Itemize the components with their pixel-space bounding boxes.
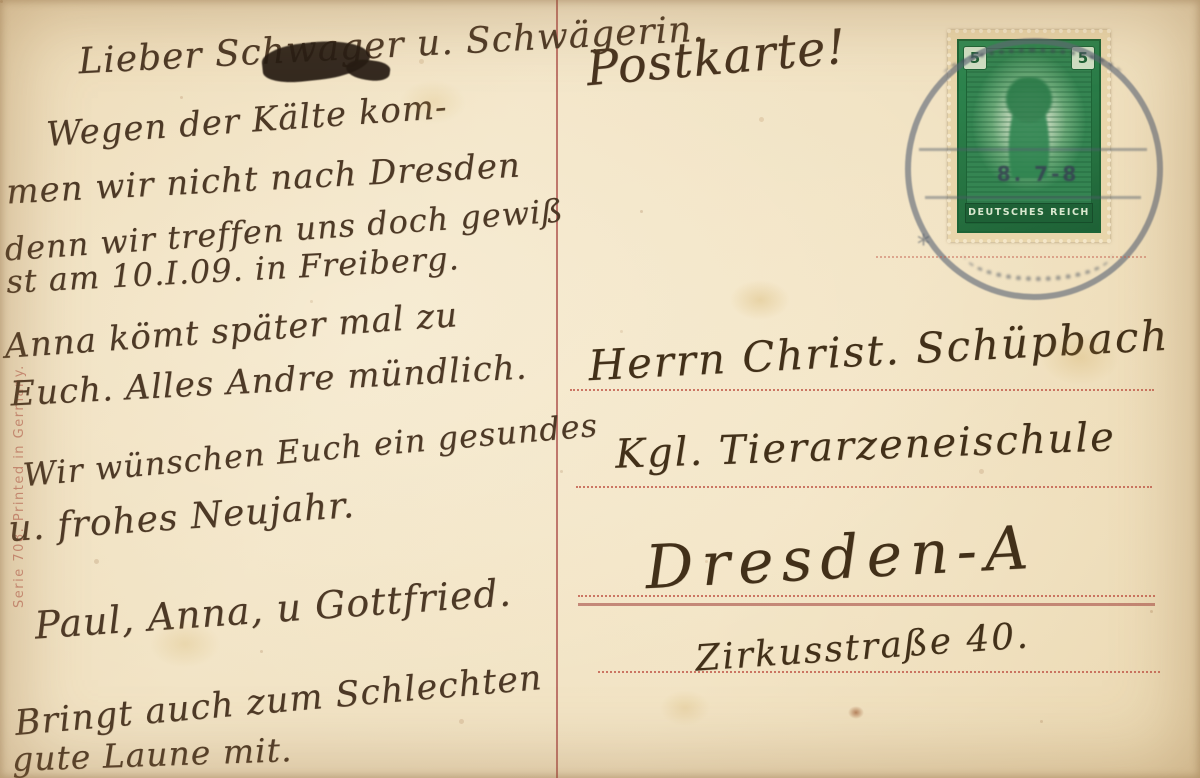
- postmark-bottom-arc: [963, 224, 1113, 281]
- address-city: Dresden-A: [644, 518, 1038, 598]
- paper-stain: [660, 690, 710, 726]
- paper-stain: [848, 706, 864, 719]
- postmark-bridge-line: [925, 196, 1141, 199]
- address-rule: [576, 486, 1152, 488]
- address-rule: [598, 671, 1160, 673]
- address-street: Zirkusstraße 40.: [694, 618, 1031, 677]
- message-line: Wir wünschen Euch ein gesundes: [22, 409, 599, 491]
- address-rule-solid: [578, 603, 1155, 606]
- postmark: 8. 7-8 *: [905, 38, 1163, 300]
- message-line: u. frohes Neujahr.: [7, 488, 356, 548]
- message-line: gute Laune mit.: [12, 733, 293, 776]
- message-line: Wegen der Kälte kom-: [45, 90, 448, 152]
- paper-stain: [730, 280, 790, 320]
- postmark-bridge-line: [919, 148, 1147, 151]
- postcard-back: Serie 708. Printed in Germany. Lieber Sc…: [0, 0, 1200, 778]
- address-institution: Kgl. Tierarzeneischule: [614, 417, 1116, 474]
- center-divider-line: [556, 0, 558, 778]
- postmark-date: 8. 7-8: [963, 162, 1113, 186]
- address-recipient: Herrn Christ. Schüpbach: [587, 315, 1170, 387]
- address-rule-fragment: [876, 256, 1146, 258]
- message-line: Paul, Anna, u Gottfried.: [33, 573, 513, 644]
- address-rule: [570, 389, 1154, 391]
- postmark-top-arc: [941, 48, 1125, 111]
- paper-speckles: [0, 0, 3, 3]
- address-rule: [578, 595, 1155, 597]
